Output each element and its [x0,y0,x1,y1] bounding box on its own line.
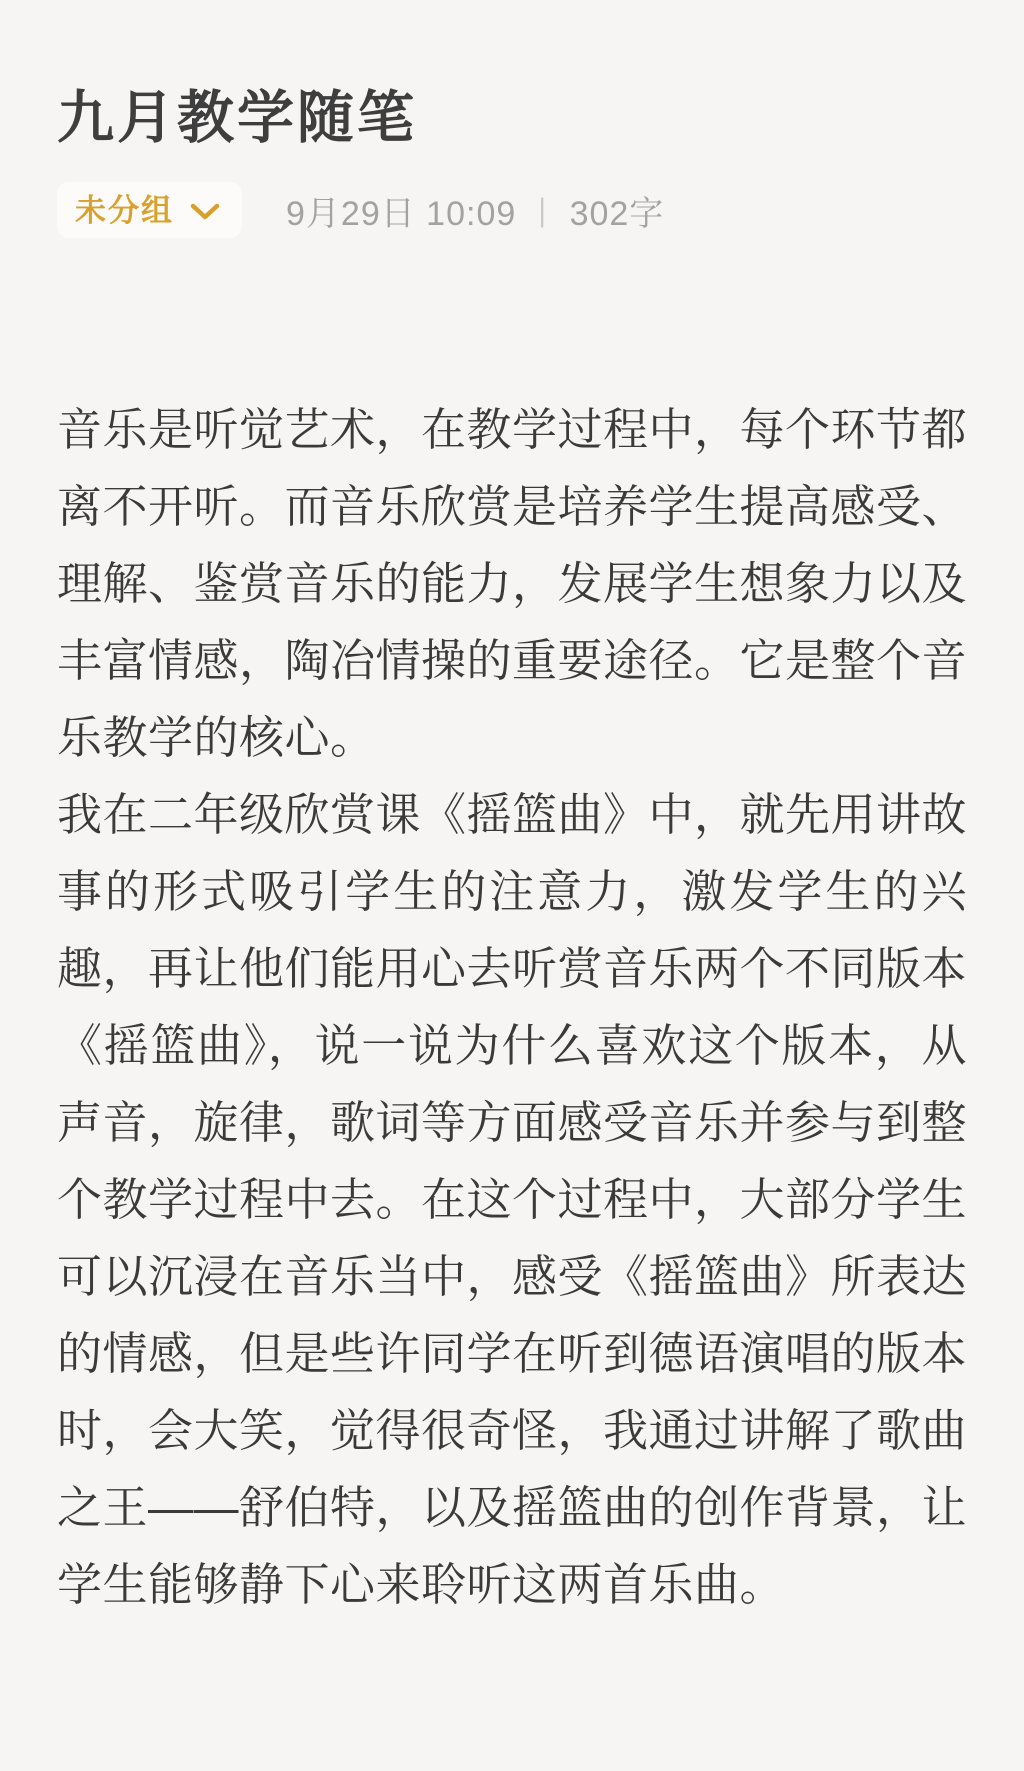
chevron-down-icon [190,203,220,221]
notebook-tag-dropdown[interactable]: 未分组 [57,182,242,238]
note-paragraph[interactable]: 我在二年级欣赏课《摇篮曲》中，就先用讲故事的形式吸引学生的注意力，激发学生的兴趣… [57,776,967,1623]
note-date: 9月29日 10:09 [286,186,516,235]
note-title[interactable]: 九月教学随笔 [57,86,967,150]
note-meta-info: 9月29日 10:09 | 302字 [286,186,664,235]
note-body[interactable]: 音乐是听觉艺术，在教学过程中，每个环节都离不开听。而音乐欣赏是培养学生提高感受、… [57,391,967,1623]
notebook-tag-label: 未分组 [75,195,174,226]
note-word-count: 302字 [570,186,665,235]
note-paragraph[interactable]: 音乐是听觉艺术，在教学过程中，每个环节都离不开听。而音乐欣赏是培养学生提高感受、… [57,391,967,776]
note-page: 九月教学随笔 未分组 9月29日 10:09 | 302字 音乐是听觉艺术，在教… [0,0,1024,1771]
note-meta-row: 未分组 9月29日 10:09 | 302字 [57,182,967,238]
meta-separator: | [539,192,546,229]
